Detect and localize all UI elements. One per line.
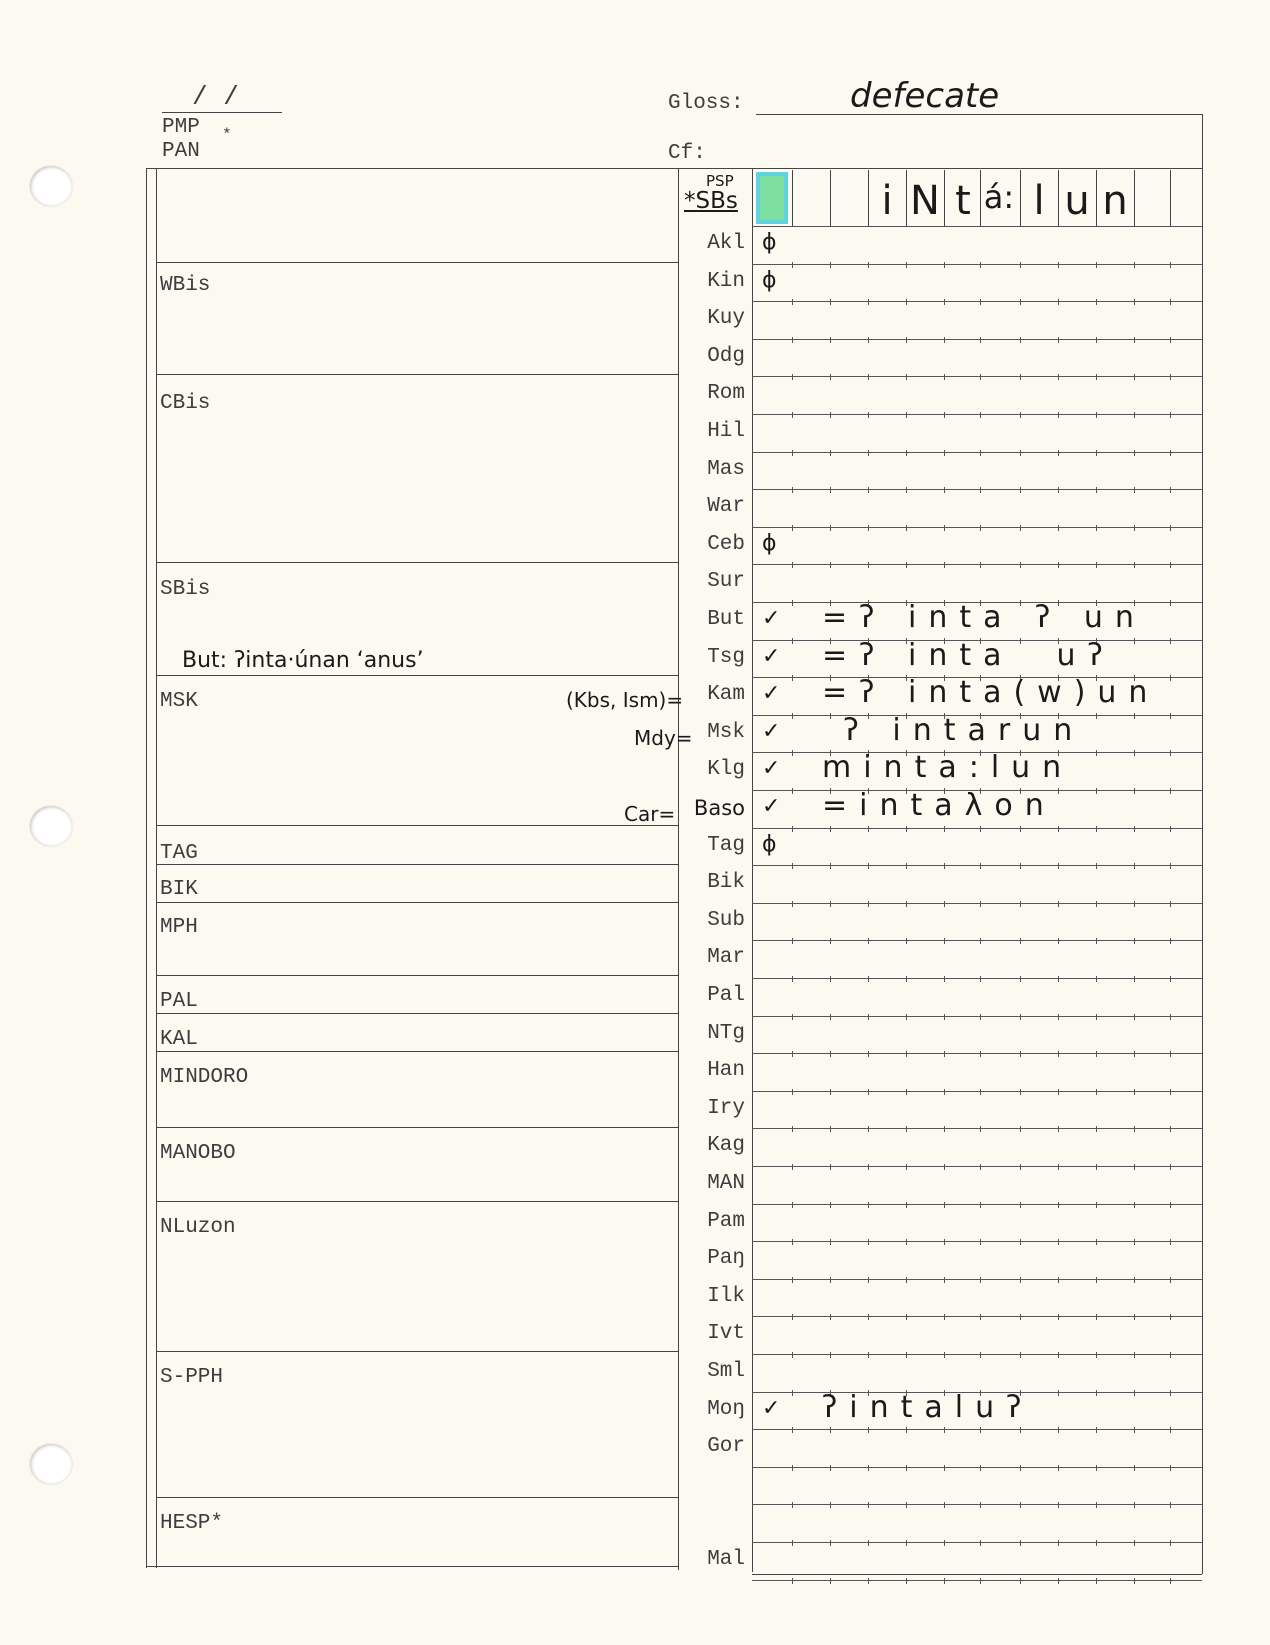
row-tick [1134,976,1135,982]
row-tick [792,1390,793,1396]
row-tick [1170,562,1171,568]
row-tick [1134,1126,1135,1132]
row-tick [1096,1239,1097,1245]
row-tick [906,1465,907,1471]
row-tick [830,487,831,493]
reconstruction-cell-divider [830,170,831,226]
row-tick [1020,1277,1021,1283]
row-tick [868,1126,869,1132]
row-tick [1096,1578,1097,1584]
row-tick [1058,1540,1059,1546]
row-tick [944,901,945,907]
row-tick [1134,262,1135,268]
row-tick [1020,262,1021,268]
row-line [752,1354,1202,1355]
row-tick [1058,562,1059,568]
row-tick [1096,262,1097,268]
group-sep [156,1051,678,1052]
row-tick [1096,525,1097,531]
row-tick [830,1465,831,1471]
row-tick [792,299,793,305]
row-tick [1096,1390,1097,1396]
row-tick [980,901,981,907]
row-tick [868,374,869,380]
row-line [752,489,1202,490]
row-tick [1170,1314,1171,1320]
row-tick [944,487,945,493]
row-tick [906,450,907,456]
row-tick [1134,487,1135,493]
row-tick [792,638,793,644]
row-tick [906,1239,907,1245]
row-tick [1096,938,1097,944]
row-tick [792,675,793,681]
language-code: Msk [675,721,745,744]
frame-right [1202,114,1203,1574]
row-tick [1134,450,1135,456]
null-reflex-icon: ϕ [762,268,777,293]
row-line [752,339,1202,340]
row-tick [906,562,907,568]
row-tick [792,1578,793,1584]
row-tick [830,299,831,305]
row-tick [944,374,945,380]
row-tick [1058,788,1059,794]
row-tick [1170,1202,1171,1208]
row-tick [1020,1352,1021,1358]
row-tick [868,938,869,944]
row-tick [868,1540,869,1546]
row-tick [1170,901,1171,907]
row-tick [1134,299,1135,305]
language-code: Mal [675,1548,745,1571]
reflex-form[interactable]: ʔintaluʔ [822,1390,1033,1425]
reflex-form[interactable]: =ʔ inta uʔ [822,638,1115,673]
row-tick [830,1352,831,1358]
row-tick [1020,450,1021,456]
row-tick [1058,1164,1059,1170]
group-sep [156,262,678,263]
group-sep [156,675,678,676]
reflex-form[interactable]: =ʔ inta(w)un [822,675,1159,710]
row-tick [1134,1578,1135,1584]
row-line [752,978,1202,979]
row-tick [1058,1465,1059,1471]
row-tick [1134,1314,1135,1320]
row-tick [1020,299,1021,305]
pmp-label: PMP [162,116,200,139]
row-tick [868,1427,869,1433]
reconstruction-cell-divider [1134,170,1135,226]
row-tick [944,562,945,568]
row-tick [1134,1014,1135,1020]
group-sep [156,864,678,865]
row-tick [1096,1427,1097,1433]
row-tick [944,299,945,305]
row-tick [792,1089,793,1095]
row-tick [1058,299,1059,305]
reconstruction-cell-divider [752,170,753,226]
row-tick [792,826,793,832]
row-tick [980,1540,981,1546]
row-tick [906,938,907,944]
row-tick [1020,1578,1021,1584]
reflex-form[interactable]: minta:lun [822,750,1073,785]
language-code: Kin [675,270,745,293]
row-tick [906,412,907,418]
row-tick [1096,1540,1097,1546]
language-code: Mas [675,458,745,481]
language-code: MAN [675,1172,745,1195]
row-tick [830,262,831,268]
row-tick [1170,675,1171,681]
row-tick [1096,1277,1097,1283]
note-car: Car= [624,802,675,826]
language-code: Sub [675,909,745,932]
row-tick [830,863,831,869]
row-tick [1134,1239,1135,1245]
row-tick [944,938,945,944]
row-tick [944,1126,945,1132]
row-tick [1096,1314,1097,1320]
row-tick [1020,826,1021,832]
row-tick [792,863,793,869]
row-tick [1020,938,1021,944]
row-line [752,903,1202,904]
proto-form-line [162,112,282,113]
row-tick [1134,1202,1135,1208]
row-tick [1170,450,1171,456]
row-tick [906,1314,907,1320]
row-tick [1134,1427,1135,1433]
row-tick [868,487,869,493]
row-tick [1096,863,1097,869]
row-tick [1058,1202,1059,1208]
row-tick [906,299,907,305]
row-tick [868,1314,869,1320]
language-code: Paŋ [675,1247,745,1270]
row-tick [944,1051,945,1057]
group-wbis: WBis [160,274,210,297]
group-pal: PAL [160,990,198,1013]
group-nluzon: NLuzon [160,1216,236,1239]
row-line [752,1429,1202,1430]
row-tick [1170,1427,1171,1433]
reconstruction-char[interactable]: á: [981,178,1017,216]
row-tick [980,1239,981,1245]
row-line [752,1204,1202,1205]
row-tick [906,826,907,832]
row-tick [1058,1578,1059,1584]
row-tick [1058,1277,1059,1283]
row-tick [1020,976,1021,982]
row-tick [1134,901,1135,907]
row-tick [830,1089,831,1095]
group-kal: KAL [160,1028,198,1051]
row-tick [792,450,793,456]
row-tick [1170,826,1171,832]
row-tick [944,337,945,343]
row-tick [792,1014,793,1020]
row-tick [980,562,981,568]
row-tick [792,1051,793,1057]
row-tick [1170,938,1171,944]
row-line [752,865,1202,866]
check-icon: ✓ [762,756,780,781]
row-tick [830,1578,831,1584]
gloss-value[interactable]: defecate [850,76,999,116]
row-line [752,940,1202,941]
group-sep [156,1497,678,1498]
group-sep [156,1127,678,1128]
row-tick [868,1089,869,1095]
reconstruction-char[interactable]: u [1059,178,1095,224]
reflex-form[interactable]: ʔ intarun [822,713,1084,748]
row-tick [1058,487,1059,493]
row-tick [1058,1239,1059,1245]
row-tick [1170,1277,1171,1283]
row-tick [1170,863,1171,869]
group-cbis: CBis [160,392,210,415]
group-sep [156,1351,678,1352]
row-line [752,1091,1202,1092]
reflex-form[interactable]: =ʔ inta ʔ un [822,600,1146,635]
row-tick [944,1314,945,1320]
row-tick [1096,1352,1097,1358]
frame-left-inner [156,168,157,1568]
row-tick [906,1051,907,1057]
row-tick [1170,600,1171,606]
row-tick [1058,1014,1059,1020]
row-tick [1020,1051,1021,1057]
row-tick [1134,713,1135,719]
row-tick [868,1578,869,1584]
language-code: Mar [675,946,745,969]
reconstruction-cell-divider [1170,170,1171,226]
row-tick [1020,487,1021,493]
row-tick [792,976,793,982]
row-tick [792,262,793,268]
language-code: Kuy [675,307,745,330]
row-tick [1134,1540,1135,1546]
row-tick [1170,788,1171,794]
row-tick [980,1465,981,1471]
group-manobo: MANOBO [160,1142,236,1165]
row-tick [792,1202,793,1208]
row-tick [944,1014,945,1020]
row-tick [868,450,869,456]
row-tick [1170,1014,1171,1020]
row-tick [980,299,981,305]
row-line [752,301,1202,302]
row-tick [830,1502,831,1508]
row-tick [830,562,831,568]
row-tick [980,1202,981,1208]
row-tick [1134,1277,1135,1283]
row-line [752,264,1202,265]
frame-lang-divider [752,168,753,1572]
row-tick [944,1502,945,1508]
row-tick [1096,299,1097,305]
row-tick [792,487,793,493]
group-sep [156,825,678,826]
row-tick [830,1051,831,1057]
row-tick [830,374,831,380]
row-line [752,1241,1202,1242]
row-tick [944,262,945,268]
row-tick [1058,262,1059,268]
language-code: Klg [675,758,745,781]
row-tick [1170,1578,1171,1584]
row-line [752,452,1202,453]
row-tick [792,412,793,418]
row-tick [944,1540,945,1546]
group-spph: S-PPH [160,1366,223,1389]
row-line [752,1467,1202,1468]
row-tick [1170,1540,1171,1546]
language-code: Pam [675,1210,745,1233]
note-kbs-ism: (Kbs, Ism)= [566,688,683,712]
row-tick [792,1427,793,1433]
row-tick [1096,1051,1097,1057]
row-tick [830,901,831,907]
row-tick [1096,487,1097,493]
row-tick [906,1277,907,1283]
row-tick [980,976,981,982]
row-tick [868,1352,869,1358]
row-tick [906,1352,907,1358]
row-tick [1058,938,1059,944]
row-tick [980,1578,981,1584]
row-tick [906,1427,907,1433]
language-code: Iry [675,1097,745,1120]
row-tick [792,1314,793,1320]
reconstruction-char[interactable]: t [945,178,981,224]
row-tick [906,1578,907,1584]
row-tick [830,976,831,982]
row-line [752,1316,1202,1317]
language-code: But [675,608,745,631]
row-tick [944,863,945,869]
row-tick [830,826,831,832]
row-tick [1058,412,1059,418]
row-tick [980,337,981,343]
group-mph: MPH [160,916,198,939]
row-tick [1170,713,1171,719]
row-tick [906,525,907,531]
row-tick [792,901,793,907]
row-tick [830,1164,831,1170]
row-line [752,1542,1202,1543]
row-tick [980,1277,981,1283]
row-tick [1020,1202,1021,1208]
row-tick [944,1578,945,1584]
row-line [752,414,1202,415]
row-tick [792,1465,793,1471]
row-tick [1170,487,1171,493]
row-tick [1058,826,1059,832]
row-tick [944,525,945,531]
binder-hole-top [30,166,72,206]
row-tick [1020,337,1021,343]
row-line [752,376,1202,377]
row-tick [1020,525,1021,531]
row-tick [944,1164,945,1170]
row-line [752,1053,1202,1054]
row-tick [906,976,907,982]
row-tick [1170,1089,1171,1095]
proto-slashes: / / [192,82,239,112]
reconstruction-cell-divider [792,170,793,226]
reconstruction-char[interactable]: l [1021,178,1057,224]
reconstruction-char[interactable]: N [907,178,943,224]
row-tick [1058,1502,1059,1508]
language-code: War [675,495,745,518]
row-tick [1134,1465,1135,1471]
row-tick [1020,1089,1021,1095]
row-tick [1170,262,1171,268]
null-reflex-icon: ϕ [762,832,777,857]
row-tick [830,938,831,944]
row-tick [1134,374,1135,380]
row-tick [1096,788,1097,794]
reconstruction-char[interactable]: n [1097,178,1133,224]
language-code: Kag [675,1134,745,1157]
language-code: Bik [675,871,745,894]
row-tick [980,374,981,380]
row-tick [868,337,869,343]
check-icon: ✓ [762,1396,780,1421]
row-tick [944,1239,945,1245]
row-tick [1134,1164,1135,1170]
row-tick [830,1314,831,1320]
row-tick [792,1164,793,1170]
row-tick [1058,863,1059,869]
group-hesp: HESP* [160,1512,223,1535]
row-tick [792,1502,793,1508]
row-tick [792,525,793,531]
row-line [752,1128,1202,1129]
group-sep [156,1013,678,1014]
row-tick [1096,337,1097,343]
language-code: Ceb [675,533,745,556]
row-tick [1134,638,1135,644]
row-tick [868,525,869,531]
row-tick [944,1089,945,1095]
check-icon: ✓ [762,719,780,744]
row-tick [1058,450,1059,456]
sbs-label: *SBs [684,188,738,214]
row-tick [830,1014,831,1020]
row-tick [1096,1164,1097,1170]
row-tick [1170,1239,1171,1245]
row-line [752,527,1202,528]
sbis-note: But: ʔinta·únan ‘anus’ [182,648,424,673]
reconstruction-char[interactable]: i [869,178,905,224]
language-code: Gor [675,1435,745,1458]
row-tick [830,1277,831,1283]
row-tick [1020,1465,1021,1471]
row-tick [1134,1502,1135,1508]
reflex-form[interactable]: =intaλon [822,788,1056,823]
group-bik: BIK [160,878,198,901]
frame-left-outer [146,168,147,1568]
row-tick [1096,826,1097,832]
row-tick [868,299,869,305]
row-tick [1134,337,1135,343]
row-tick [1020,1126,1021,1132]
row-tick [1020,374,1021,380]
